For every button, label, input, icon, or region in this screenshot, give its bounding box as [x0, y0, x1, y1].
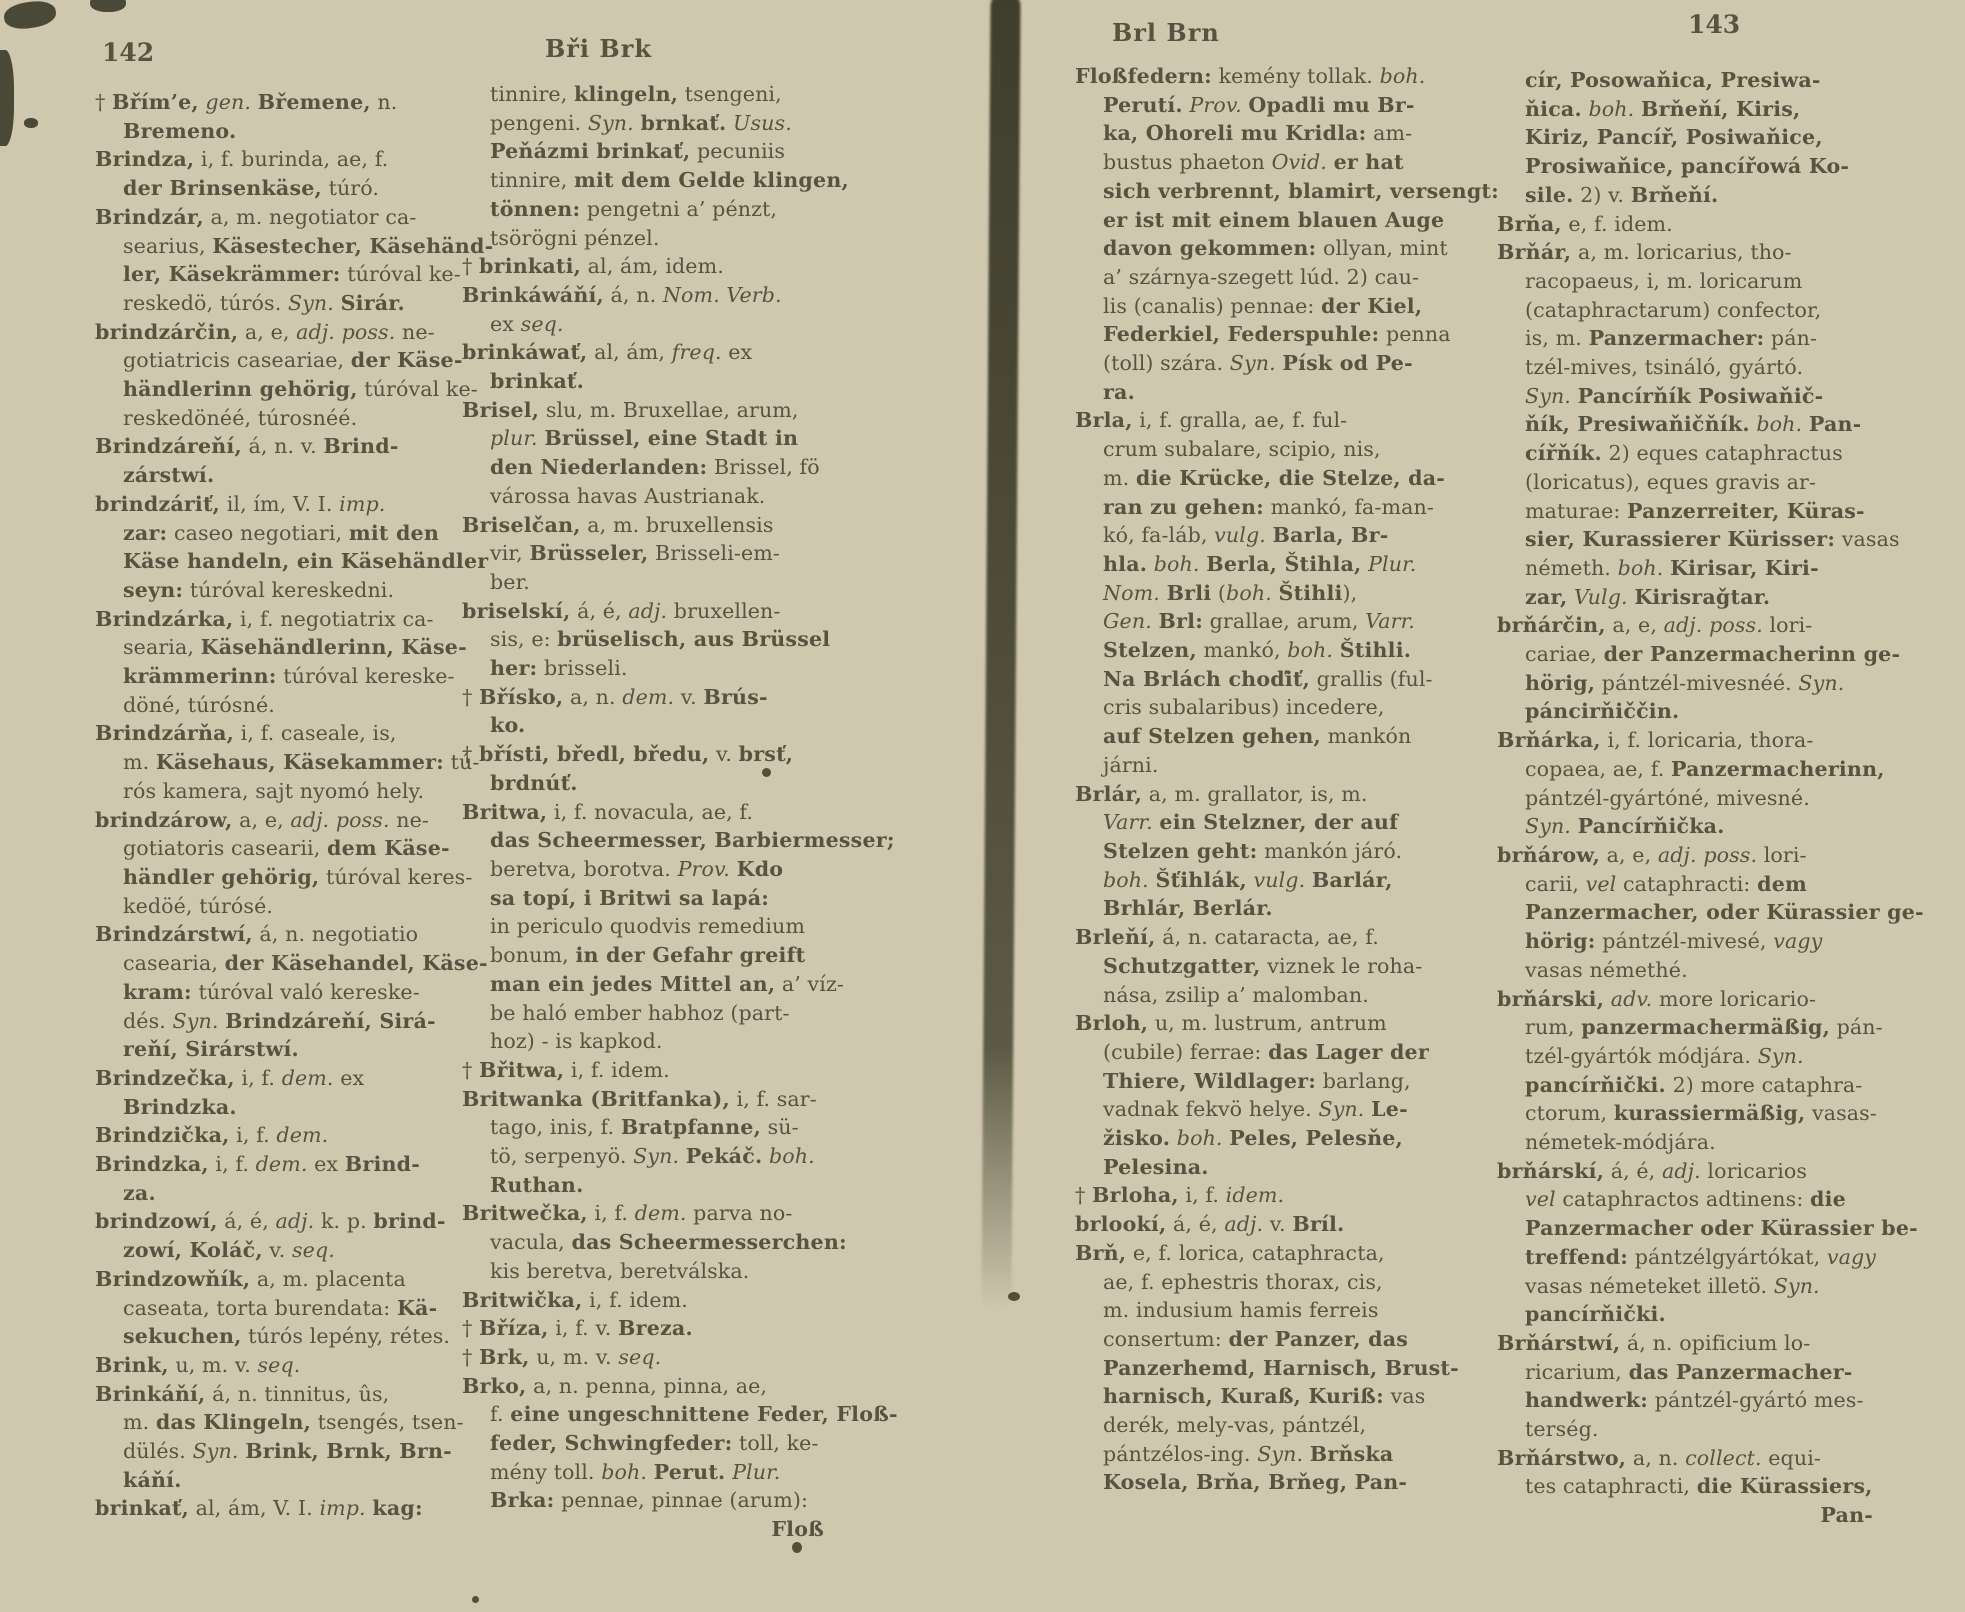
scan-edge-blob: [24, 118, 38, 128]
dictionary-line: tes cataphracti, die Kürassiers,: [1497, 1472, 1879, 1501]
dictionary-line: (loricatus), eques gravis ar-: [1497, 468, 1879, 497]
dictionary-line: Stelzen geht: mankón járó.: [1075, 837, 1457, 866]
dictionary-line: sier, Kurassierer Kürisser: vasas: [1497, 525, 1879, 554]
dictionary-line: terség.: [1497, 1415, 1879, 1444]
dictionary-line: járni.: [1075, 751, 1457, 780]
dictionary-line: Brňárstwo, a, n. collect. equi-: [1497, 1444, 1879, 1473]
dictionary-line: a’ szárnya-szegett lúd. 2) cau-: [1075, 263, 1457, 292]
dictionary-line: Brloh, u, m. lustrum, antrum: [1075, 1009, 1457, 1038]
dictionary-line: Brka: pennae, pinnae (arum):: [462, 1486, 830, 1515]
page-number-left: 142: [102, 38, 154, 67]
dictionary-line: Brla, i, f. gralla, ae, f. ful-: [1075, 406, 1457, 435]
dictionary-line: cariae, der Panzermacherinn ge-: [1497, 640, 1879, 669]
dictionary-line: m. das Klingeln, tsengés, tsen-: [95, 1408, 457, 1437]
dictionary-line: ler, Käsekrämmer: túróval ke-: [95, 260, 457, 289]
dictionary-line: sis, e: brüselisch, aus Brüssel: [462, 625, 830, 654]
dictionary-line: be haló ember habhoz (part-: [462, 999, 830, 1028]
dictionary-line: beretva, borotva. Prov. Kdo: [462, 855, 830, 884]
dictionary-line: Stelzen, mankó, boh. Štihli.: [1075, 636, 1457, 665]
dictionary-line: Nom. Brli (boh. Štihli),: [1075, 579, 1457, 608]
dictionary-line: tönnen: pengetni a’ pénzt,: [462, 195, 830, 224]
dictionary-line: sich verbrennt, blamirt, versengt:: [1075, 177, 1457, 206]
dictionary-line: plur. Brüssel, eine Stadt in: [462, 424, 830, 453]
dictionary-line: rum, panzermachermäßig, pán-: [1497, 1013, 1879, 1042]
dictionary-line: † Brloha, i, f. idem.: [1075, 1181, 1457, 1210]
dictionary-line: den Niederlanden: Brissel, fö: [462, 453, 830, 482]
dictionary-line: tzél-mives, tsináló, gyártó.: [1497, 353, 1879, 382]
dictionary-line: sile. 2) v. Brňeňí.: [1497, 181, 1879, 210]
running-head-left: Bři Brk: [545, 34, 652, 63]
dictionary-line: bonum, in der Gefahr greift: [462, 941, 830, 970]
dictionary-line: Brlár, a, m. grallator, is, m.: [1075, 780, 1457, 809]
dictionary-line: Brindza, i, f. burinda, ae, f.: [95, 145, 457, 174]
dictionary-line: Brisel, slu, m. Bruxellae, arum,: [462, 396, 830, 425]
dictionary-line: Brindzár, a, m. negotiator ca-: [95, 203, 457, 232]
dictionary-line: das Scheermesser, Barbiermesser;: [462, 826, 830, 855]
dictionary-line: Panzermacher oder Kürassier be-: [1497, 1214, 1879, 1243]
dictionary-line: vasas némethé.: [1497, 956, 1879, 985]
dictionary-line: brňárow, a, e, adj. poss. lori-: [1497, 841, 1879, 870]
dictionary-line: m. Käsehaus, Käsekammer: tú-: [95, 748, 457, 777]
dictionary-line: ňica. boh. Brňeňí, Kiris,: [1497, 95, 1879, 124]
book-gutter-shadow: [981, 0, 1020, 1312]
dictionary-line: krämmerinn: túróval kereske-: [95, 662, 457, 691]
dictionary-column-1: † Břím’e, gen. Břemene, n.Bremeno.Brindz…: [95, 88, 457, 1523]
dictionary-line: Britwa, i, f. novacula, ae, f.: [462, 798, 830, 827]
dictionary-line: m. indusium hamis ferreis: [1075, 1296, 1457, 1325]
dictionary-line: zárstwí.: [95, 461, 457, 490]
dictionary-line: sekuchen, túrós lepény, rétes.: [95, 1322, 457, 1351]
dictionary-line: Peňázmi brinkať, pecuniis: [462, 137, 830, 166]
dictionary-line: pengeni. Syn. brnkať. Usus.: [462, 109, 830, 138]
dictionary-line: ber.: [462, 568, 830, 597]
dictionary-line: Brinkáňí, á, n. tinnitus, ûs,: [95, 1380, 457, 1409]
dictionary-line: harnisch, Kuraß, Kuriß: vas: [1075, 1382, 1457, 1411]
dictionary-line: derék, mely-vas, pántzél,: [1075, 1411, 1457, 1440]
dictionary-line: Bremeno.: [95, 117, 457, 146]
dictionary-line: händler gehörig, túróval keres-: [95, 863, 457, 892]
dictionary-line: vadnak fekvö helye. Syn. Le-: [1075, 1095, 1457, 1124]
dictionary-line: racopaeus, i, m. loricarum: [1497, 267, 1879, 296]
dictionary-line: bustus phaeton Ovid. er hat: [1075, 148, 1457, 177]
dictionary-line: ae, f. ephestris thorax, cis,: [1075, 1268, 1457, 1297]
dictionary-line: hoz) - is kapkod.: [462, 1027, 830, 1056]
dictionary-line: hörig: pántzél-mivesé, vagy: [1497, 927, 1879, 956]
dictionary-line: Federkiel, Federspuhle: penna: [1075, 320, 1457, 349]
ink-speck: [472, 1596, 479, 1603]
scan-edge-blob: [90, 0, 126, 12]
dictionary-line: Brinkáwáňí, á, n. Nom. Verb.: [462, 281, 830, 310]
dictionary-line: davon gekommen: ollyan, mint: [1075, 234, 1457, 263]
dictionary-line: vasas németeket illetö. Syn.: [1497, 1272, 1879, 1301]
dictionary-line: Britwička, i, f. idem.: [462, 1286, 830, 1315]
dictionary-line: Varr. ein Stelzner, der auf: [1075, 808, 1457, 837]
dictionary-line: ex seq.: [462, 310, 830, 339]
dictionary-line: sa topí, i Britwi sa lapá:: [462, 884, 830, 913]
dictionary-line: vel cataphractos adtinens: die: [1497, 1185, 1879, 1214]
dictionary-column-2: tinnire, klingeln, tsengeni,pengeni. Syn…: [462, 80, 830, 1544]
dictionary-line: (toll) szára. Syn. Písk od Pe-: [1075, 349, 1457, 378]
dictionary-line: pántzél-gyártóné, mivesné.: [1497, 784, 1879, 813]
dictionary-line: Syn. Pancírňička.: [1497, 812, 1879, 841]
dictionary-line: Na Brlách choďiť, grallis (ful-: [1075, 665, 1457, 694]
scan-edge-blob: [0, 50, 14, 146]
dictionary-line: cířňík. 2) eques cataphractus: [1497, 439, 1879, 468]
dictionary-line: brňárčin, a, e, adj. poss. lori-: [1497, 611, 1879, 640]
dictionary-line: her: brisseli.: [462, 654, 830, 683]
dictionary-line: hla. boh. Berla, Štihla, Plur.: [1075, 550, 1457, 579]
catchword: Floß: [462, 1515, 830, 1544]
dictionary-line: lis (canalis) pennae: der Kiel,: [1075, 292, 1457, 321]
dictionary-line: brinkať, al, ám, V. I. imp. kag:: [95, 1494, 457, 1523]
dictionary-column-4: cír, Posowaňica, Presiwa-ňica. boh. Brňe…: [1497, 66, 1879, 1530]
dictionary-line: brindzowí, á, é, adj. k. p. brind-: [95, 1207, 457, 1236]
dictionary-line: Pelesina.: [1075, 1153, 1457, 1182]
dictionary-line: † Břísko, a, n. dem. v. Brús-: [462, 683, 830, 712]
dictionary-line: zar: caseo negotiari, mit den: [95, 519, 457, 548]
dictionary-line: Ruthan.: [462, 1171, 830, 1200]
dictionary-line: németek-módjára.: [1497, 1128, 1879, 1157]
dictionary-line: m. die Krücke, die Stelze, da-: [1075, 464, 1457, 493]
dictionary-line: brňárskí, á, é, adj. loricarios: [1497, 1157, 1879, 1186]
dictionary-line: brlookí, á, é, adj. v. Bríl.: [1075, 1210, 1457, 1239]
dictionary-line: carii, vel cataphracti: dem: [1497, 870, 1879, 899]
dictionary-line: pancírňički.: [1497, 1300, 1879, 1329]
dictionary-line: brňárski, adv. more loricario-: [1497, 985, 1879, 1014]
scan-edge-blob: [2, 0, 57, 31]
dictionary-line: f. eine ungeschnittene Feder, Floß-: [462, 1400, 830, 1429]
dictionary-line: döné, túrósné.: [95, 691, 457, 720]
dictionary-line: Brhlár, Berlár.: [1075, 894, 1457, 923]
dictionary-line: ctorum, kurassiermäßig, vasas-: [1497, 1099, 1879, 1128]
dictionary-line: Panzermacher, oder Kürassier ge-: [1497, 898, 1879, 927]
dictionary-line: er ist mit einem blauen Auge: [1075, 206, 1457, 235]
dictionary-line: Brindzárňa, i, f. caseale, is,: [95, 719, 457, 748]
dictionary-line: tinnire, klingeln, tsengeni,: [462, 80, 830, 109]
dictionary-line: pancírňički. 2) more cataphra-: [1497, 1071, 1879, 1100]
dictionary-line: zar, Vulg. Kirisraǧtar.: [1497, 583, 1879, 612]
dictionary-line: kram: túróval való kereske-: [95, 978, 457, 1007]
dictionary-line: man ein jedes Mittel an, a’ víz-: [462, 970, 830, 999]
dictionary-line: Brňárka, i, f. loricaria, thora-: [1497, 726, 1879, 755]
dictionary-line: tzél-gyártók módjára. Syn.: [1497, 1042, 1879, 1071]
dictionary-line: Brindzička, i, f. dem.: [95, 1121, 457, 1150]
dictionary-line: vacula, das Scheermesserchen:: [462, 1228, 830, 1257]
dictionary-line: Brko, a, n. penna, pinna, ae,: [462, 1372, 830, 1401]
dictionary-line: Thiere, Wildlager: barlang,: [1075, 1067, 1457, 1096]
dictionary-line: várossa havas Austrianak.: [462, 482, 830, 511]
dictionary-line: is, m. Panzermacher: pán-: [1497, 324, 1879, 353]
dictionary-line: brindzárow, a, e, adj. poss. ne-: [95, 806, 457, 835]
dictionary-line: Brleňí, á, n. cataracta, ae, f.: [1075, 923, 1457, 952]
dictionary-line: kis beretva, beretválska.: [462, 1257, 830, 1286]
dictionary-line: reňí, Sirárstwí.: [95, 1035, 457, 1064]
dictionary-line: Kiriz, Pancíř, Posiwaňice,: [1497, 123, 1879, 152]
dictionary-line: Brňár, a, m. loricarius, tho-: [1497, 238, 1879, 267]
dictionary-line: brdnúť.: [462, 769, 830, 798]
dictionary-line: reskedö, túrós. Syn. Sirár.: [95, 289, 457, 318]
dictionary-line: németh. boh. Kirisar, Kiri-: [1497, 554, 1879, 583]
dictionary-line: Gen. Brl: grallae, arum, Varr.: [1075, 607, 1457, 636]
dictionary-line: feder, Schwingfeder: toll, ke-: [462, 1429, 830, 1458]
dictionary-line: † Bříza, i, f. v. Breza.: [462, 1314, 830, 1343]
dictionary-line: gotiatricis caseariae, der Käse-: [95, 346, 457, 375]
dictionary-line: Syn. Pancírňík Posiwaňič-: [1497, 382, 1879, 411]
dictionary-line: Panzerhemd, Harnisch, Brust-: [1075, 1354, 1457, 1383]
dictionary-line: handwerk: pántzél-gyártó mes-: [1497, 1386, 1879, 1415]
dictionary-line: cír, Posowaňica, Presiwa-: [1497, 66, 1879, 95]
dictionary-line: brindzárčin, a, e, adj. poss. ne-: [95, 318, 457, 347]
dictionary-line: nása, zsilip a’ malomban.: [1075, 981, 1457, 1010]
dictionary-line: treffend: pántzélgyártókat, vagy: [1497, 1243, 1879, 1272]
dictionary-line: rós kamera, sajt nyomó hely.: [95, 777, 457, 806]
dictionary-line: in periculo quodvis remedium: [462, 912, 830, 941]
dictionary-line: brindzáriť, il, ím, V. I. imp.: [95, 490, 457, 519]
dictionary-line: ran zu gehen: mankó, fa-man-: [1075, 493, 1457, 522]
dictionary-line: † břísti, bředl, bředu, v. brsť,: [462, 740, 830, 769]
dictionary-line: cris subalaribus) incedere,: [1075, 693, 1457, 722]
dictionary-line: † brinkati, al, ám, idem.: [462, 252, 830, 281]
dictionary-line: Brindzáreňí, á, n. v. Brind-: [95, 432, 457, 461]
dictionary-line: dés. Syn. Brindzáreňí, Sirá-: [95, 1007, 457, 1036]
catchword: Pan-: [1497, 1501, 1879, 1530]
dictionary-line: searia, Käsehändlerinn, Käse-: [95, 633, 457, 662]
dictionary-line: † Břím’e, gen. Břemene, n.: [95, 88, 457, 117]
dictionary-line: Brindzowňík, a, m. placenta: [95, 1265, 457, 1294]
dictionary-line: zowí, Koláč, v. seq.: [95, 1236, 457, 1265]
dictionary-line: Floßfedern: kemény tollak. boh.: [1075, 62, 1457, 91]
dictionary-line: maturae: Panzerreiter, Küras-: [1497, 497, 1879, 526]
running-head-right: Brl Brn: [1112, 18, 1220, 47]
dictionary-line: tö, serpenyö. Syn. Pekáč. boh.: [462, 1142, 830, 1171]
dictionary-line: consertum: der Panzer, das: [1075, 1325, 1457, 1354]
dictionary-line: ňík, Presiwaňičňík. boh. Pan-: [1497, 410, 1879, 439]
dictionary-line: (cataphractarum) confector,: [1497, 296, 1879, 325]
dictionary-line: ko.: [462, 711, 830, 740]
dictionary-line: vir, Brüsseler, Brisseli-em-: [462, 539, 830, 568]
dictionary-line: páncirňiččin.: [1497, 697, 1879, 726]
dictionary-line: ka, Ohoreli mu Kridla: am-: [1075, 119, 1457, 148]
dictionary-line: copaea, ae, f. Panzermacherinn,: [1497, 755, 1879, 784]
dictionary-line: žisko. boh. Peles, Pelesňe,: [1075, 1124, 1457, 1153]
ink-speck: [1008, 1292, 1020, 1301]
dictionary-line: Brindzečka, i, f. dem. ex: [95, 1064, 457, 1093]
dictionary-line: Brňárstwí, á, n. opificium lo-: [1497, 1329, 1879, 1358]
dictionary-line: kó, fa-láb, vulg. Barla, Br-: [1075, 521, 1457, 550]
dictionary-line: briselskí, á, é, adj. bruxellen-: [462, 597, 830, 626]
dictionary-line: auf Stelzen gehen, mankón: [1075, 722, 1457, 751]
dictionary-line: hörig, pántzél-mivesnéé. Syn.: [1497, 669, 1879, 698]
page-number-right: 143: [1688, 10, 1740, 39]
dictionary-line: Brindzárka, i, f. negotiatrix ca-: [95, 605, 457, 634]
dictionary-line: searius, Käsestecher, Käsehänd-: [95, 232, 457, 261]
dictionary-line: ra.: [1075, 378, 1457, 407]
dictionary-line: mény toll. boh. Perut. Plur.: [462, 1458, 830, 1487]
dictionary-line: tsörögni pénzel.: [462, 224, 830, 253]
dictionary-line: Brindzka.: [95, 1093, 457, 1122]
dictionary-line: brinkáwať, al, ám, freq. ex: [462, 338, 830, 367]
dictionary-line: tago, inis, f. Bratpfanne, sü-: [462, 1113, 830, 1142]
dictionary-line: ricarium, das Panzermacher-: [1497, 1358, 1879, 1387]
dictionary-line: † Brk, u, m. v. seq.: [462, 1343, 830, 1372]
dictionary-line: (cubile) ferrae: das Lager der: [1075, 1038, 1457, 1067]
book-scan: 142 Bři Brk Brl Brn 143 † Břím’e, gen. B…: [0, 0, 1965, 1612]
dictionary-line: crum subalare, scipio, nis,: [1075, 435, 1457, 464]
dictionary-line: Kosela, Brňa, Brňeg, Pan-: [1075, 1468, 1457, 1497]
dictionary-line: der Brinsenkäse, túró.: [95, 174, 457, 203]
dictionary-line: dülés. Syn. Brink, Brnk, Brn-: [95, 1437, 457, 1466]
dictionary-line: tinnire, mit dem Gelde klingen,: [462, 166, 830, 195]
dictionary-column-3: Floßfedern: kemény tollak. boh.Perutí. P…: [1075, 62, 1457, 1497]
dictionary-line: gotiatoris casearii, dem Käse-: [95, 834, 457, 863]
dictionary-line: pántzélos-ing. Syn. Brňska: [1075, 1440, 1457, 1469]
dictionary-line: Perutí. Prov. Opadli mu Br-: [1075, 91, 1457, 120]
dictionary-line: händlerinn gehörig, túróval ke-: [95, 375, 457, 404]
dictionary-line: Briselčan, a, m. bruxellensis: [462, 511, 830, 540]
dictionary-line: Brňa, e, f. idem.: [1497, 210, 1879, 239]
dictionary-line: kedöé, túrósé.: [95, 892, 457, 921]
dictionary-line: caseata, torta burendata: Kä-: [95, 1294, 457, 1323]
dictionary-line: brinkať.: [462, 367, 830, 396]
dictionary-line: Britwanka (Britfanka), i, f. sar-: [462, 1085, 830, 1114]
dictionary-line: Britwečka, i, f. dem. parva no-: [462, 1199, 830, 1228]
dictionary-line: boh. Šťihlák, vulg. Barlár,: [1075, 866, 1457, 895]
dictionary-line: reskedönéé, túrosnéé.: [95, 404, 457, 433]
dictionary-line: seyn: túróval kereskedni.: [95, 576, 457, 605]
dictionary-line: casearia, der Käsehandel, Käse-: [95, 949, 457, 978]
dictionary-line: Brink, u, m. v. seq.: [95, 1351, 457, 1380]
dictionary-line: káňí.: [95, 1466, 457, 1495]
dictionary-line: za.: [95, 1179, 457, 1208]
dictionary-line: † Břitwa, i, f. idem.: [462, 1056, 830, 1085]
dictionary-line: Brindzka, i, f. dem. ex Brind-: [95, 1150, 457, 1179]
dictionary-line: Prosiwaňice, pancířowá Ko-: [1497, 152, 1879, 181]
dictionary-line: Schutzgatter, viznek le roha-: [1075, 952, 1457, 981]
dictionary-line: Brň, e, f. lorica, cataphracta,: [1075, 1239, 1457, 1268]
dictionary-line: Käse handeln, ein Käsehändler: [95, 547, 457, 576]
dictionary-line: Brindzárstwí, á, n. negotiatio: [95, 920, 457, 949]
